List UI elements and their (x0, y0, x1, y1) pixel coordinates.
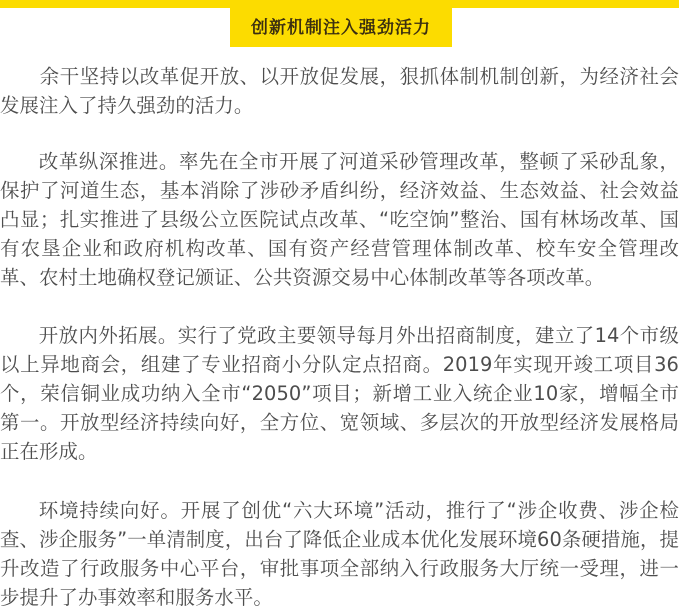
paragraph-intro: 余干坚持以改革促开放、以开放促发展，狠抓体制机制创新，为经济社会发展注入了持久强… (0, 62, 679, 120)
section-title: 创新机制注入强劲活力 (251, 9, 431, 38)
paragraph-reform: 改革纵深推进。率先在全市开展了河道采砂管理改革，整顿了采砂乱象，保护了河道生态，… (0, 147, 679, 292)
paragraph-environment: 环境持续向好。开展了创优“六大环境”活动，推行了“涉企收费、涉企检查、涉企服务”… (0, 496, 679, 611)
section-title-banner: 创新机制注入强劲活力 (230, 0, 452, 47)
paragraph-opening: 开放内外拓展。实行了党政主要领导每月外出招商制度，建立了14个市级以上异地商会，… (0, 321, 679, 466)
